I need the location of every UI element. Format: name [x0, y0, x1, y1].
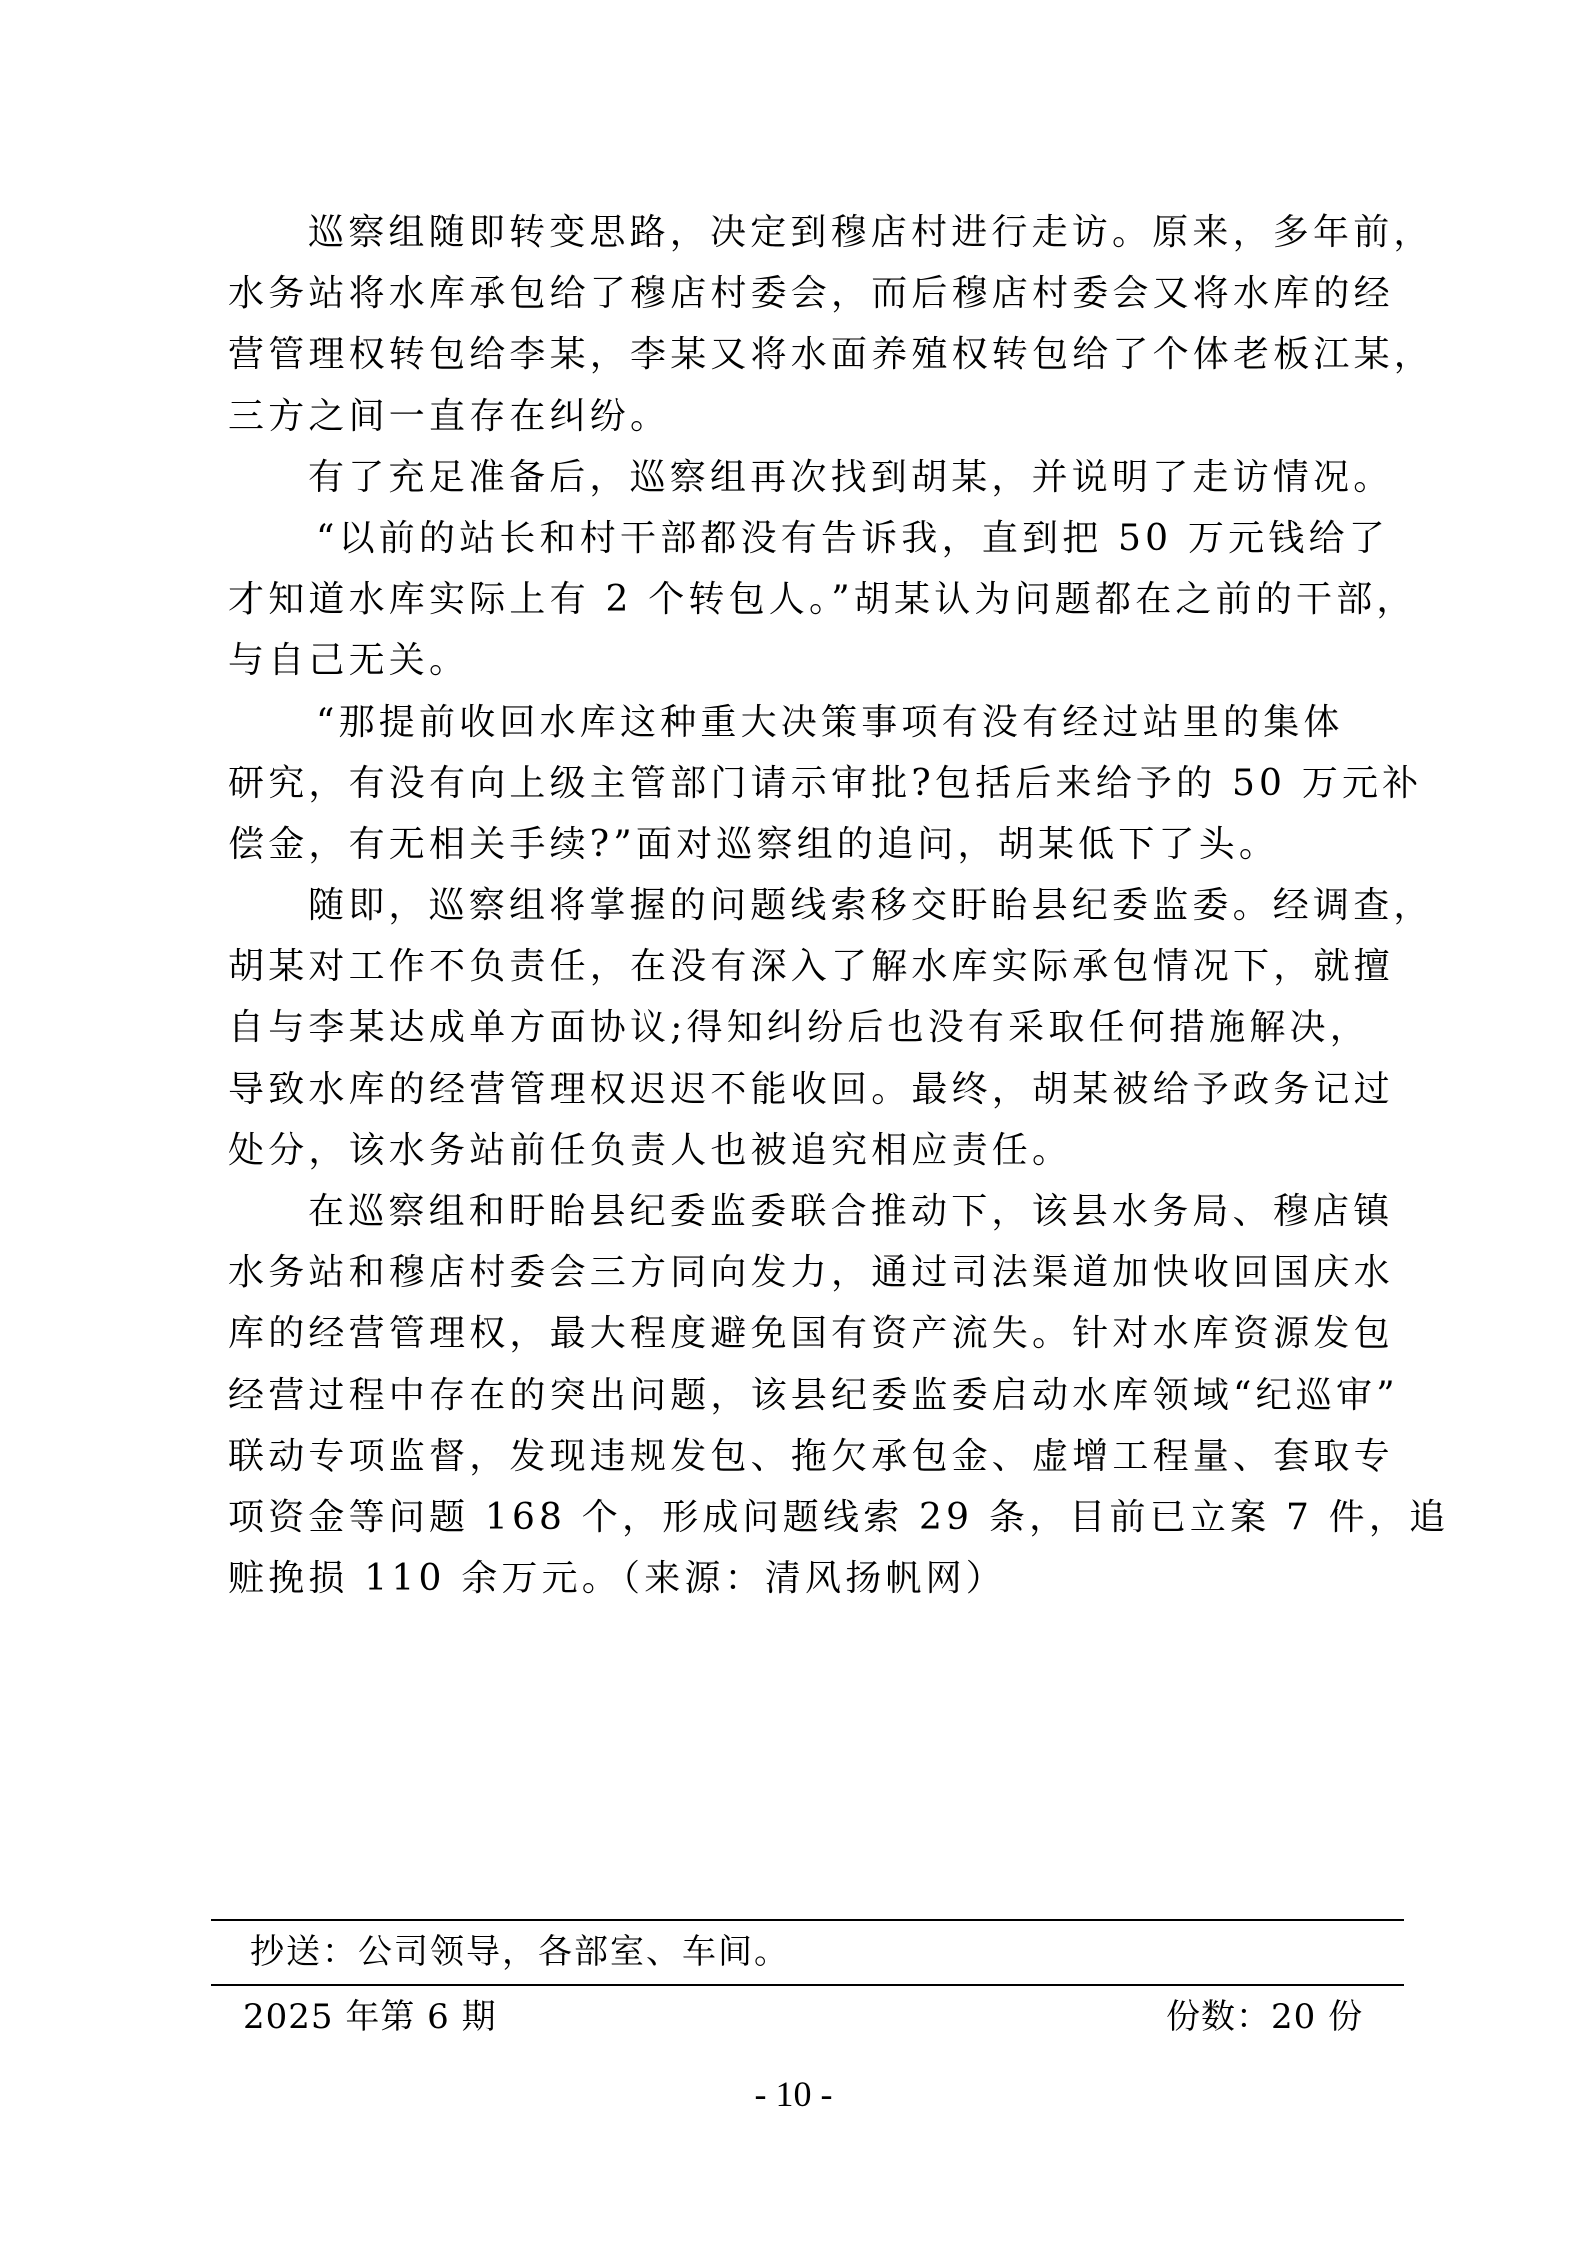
- paragraph-5-line-3: 自与李某达成单方面协议;得知纠纷后也没有采取任何措施解决，: [228, 997, 1388, 1058]
- paragraph-3-line-3: 与自己无关。: [228, 630, 1388, 691]
- paragraph-6-line-7: 赃挽损 110 余万元。（来源：清风扬帆网）: [228, 1548, 1388, 1609]
- paragraph-6-line-1: 在巡察组和盱眙县纪委监委联合推动下，该县水务局、穆店镇: [228, 1181, 1388, 1242]
- paragraph-5-line-1: 随即，巡察组将掌握的问题线索移交盱眙县纪委监委。经调查，: [228, 875, 1388, 936]
- paragraph-1-line-4: 三方之间一直存在纠纷。: [228, 386, 1388, 447]
- paragraph-1-line-3: 营管理权转包给李某，李某又将水面养殖权转包给了个体老板江某，: [228, 324, 1388, 385]
- article-body: 巡察组随即转变思路，决定到穆店村进行走访。原来，多年前， 水务站将水库承包给了穆…: [228, 202, 1388, 1609]
- footer-top-rule: [211, 1919, 1404, 1921]
- paragraph-1-line-1: 巡察组随即转变思路，决定到穆店村进行走访。原来，多年前，: [228, 202, 1388, 263]
- paragraph-6-line-2: 水务站和穆店村委会三方同向发力，通过司法渠道加快收回国庆水: [228, 1242, 1388, 1303]
- paragraph-5-line-4: 导致水库的经营管理权迟迟不能收回。最终，胡某被给予政务记过: [228, 1059, 1388, 1120]
- issue-number: 2025 年第 6 期: [243, 1992, 497, 2042]
- cc-distribution-line: 抄送：公司领导，各部室、车间。: [250, 1928, 790, 1976]
- paragraph-5-line-5: 处分，该水务站前任负责人也被追究相应责任。: [228, 1120, 1388, 1181]
- paragraph-4-line-3: 偿金，有无相关手续?”面对巡察组的追问，胡某低下了头。: [228, 814, 1388, 875]
- paragraph-5-line-2: 胡某对工作不负责任，在没有深入了解水库实际承包情况下，就擅: [228, 936, 1388, 997]
- paragraph-4-line-2: 研究，有没有向上级主管部门请示审批?包括后来给予的 50 万元补: [228, 753, 1388, 814]
- paragraph-4-line-1: “那提前收回水库这种重大决策事项有没有经过站里的集体: [228, 692, 1388, 753]
- paragraph-2-line-1: 有了充足准备后，巡察组再次找到胡某，并说明了走访情况。: [228, 447, 1388, 508]
- copies-count: 份数：20 份: [1166, 1992, 1363, 2042]
- page-number: - 10 -: [0, 2072, 1587, 2116]
- paragraph-6-line-6: 项资金等问题 168 个，形成问题线索 29 条，目前已立案 7 件，追: [228, 1487, 1388, 1548]
- paragraph-6-line-3: 库的经营管理权，最大程度避免国有资产流失。针对水库资源发包: [228, 1303, 1388, 1364]
- paragraph-6-line-4: 经营过程中存在的突出问题，该县纪委监委启动水库领域“纪巡审”: [228, 1365, 1388, 1426]
- paragraph-3-line-2: 才知道水库实际上有 2 个转包人。”胡某认为问题都在之前的干部，: [228, 569, 1388, 630]
- document-page: 巡察组随即转变思路，决定到穆店村进行走访。原来，多年前， 水务站将水库承包给了穆…: [0, 0, 1587, 2245]
- footer-bottom-rule: [211, 1984, 1404, 1986]
- paragraph-1-line-2: 水务站将水库承包给了穆店村委会，而后穆店村委会又将水库的经: [228, 263, 1388, 324]
- paragraph-6-line-5: 联动专项监督，发现违规发包、拖欠承包金、虚增工程量、套取专: [228, 1426, 1388, 1487]
- paragraph-3-line-1: “以前的站长和村干部都没有告诉我，直到把 50 万元钱给了: [228, 508, 1388, 569]
